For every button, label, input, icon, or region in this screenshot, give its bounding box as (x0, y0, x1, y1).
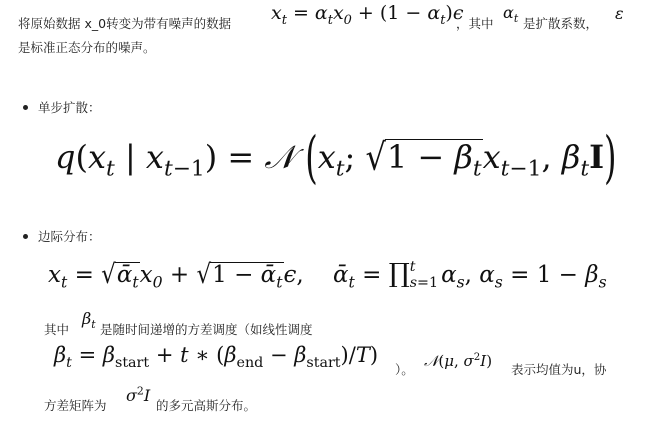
notes-line1-prefix: 其中 (44, 320, 69, 338)
epsilon-symbol: ε (615, 4, 624, 23)
intro-text-before: 将原始数据 x_0转变为带有噪声的数据 (18, 14, 231, 32)
bullet-icon (23, 105, 28, 110)
intro-text-middle-2: 是扩散系数， (523, 14, 598, 32)
normal-distribution-symbol: 𝒩(μ, σ2I) (424, 352, 492, 370)
section-label-single-step: 单步扩散： (38, 98, 101, 116)
bullet-icon (23, 234, 28, 239)
intro-text-middle-1: ，其中 (456, 14, 494, 32)
notes-close-text: ）。 (395, 360, 414, 378)
sigma-symbol: σ2I (126, 386, 150, 405)
notes-line2-text: 表示均值为u，协 (511, 360, 606, 378)
intro-text-line2: 是标准正态分布的噪声。 (18, 38, 156, 56)
forward-process-formula: xt = αtx0 + (1 − αt)ϵ (271, 2, 463, 24)
alpha-symbol: αt (503, 3, 518, 22)
schedule-formula: βt = βstart + t ∗ (βend − βstart)/T) (54, 343, 378, 367)
notes-line3-prefix: 方差矩阵为 (44, 396, 107, 414)
marginal-formula: xt = √ᾱtx0 + √1 − ᾱtϵ, ᾱt = ∏ts=1αs, αs … (48, 258, 607, 292)
notes-line1-text: 是随时间递增的方差调度（如线性调度 (100, 320, 313, 338)
section-label-marginal: 边际分布： (38, 227, 101, 245)
beta-symbol: βt (82, 309, 96, 328)
single-step-formula: q(xt | xt−1) = 𝒩 (xt; √1 − βtxt−1, βtI) (55, 138, 617, 177)
notes-line3-text: 的多元高斯分布。 (156, 396, 256, 414)
